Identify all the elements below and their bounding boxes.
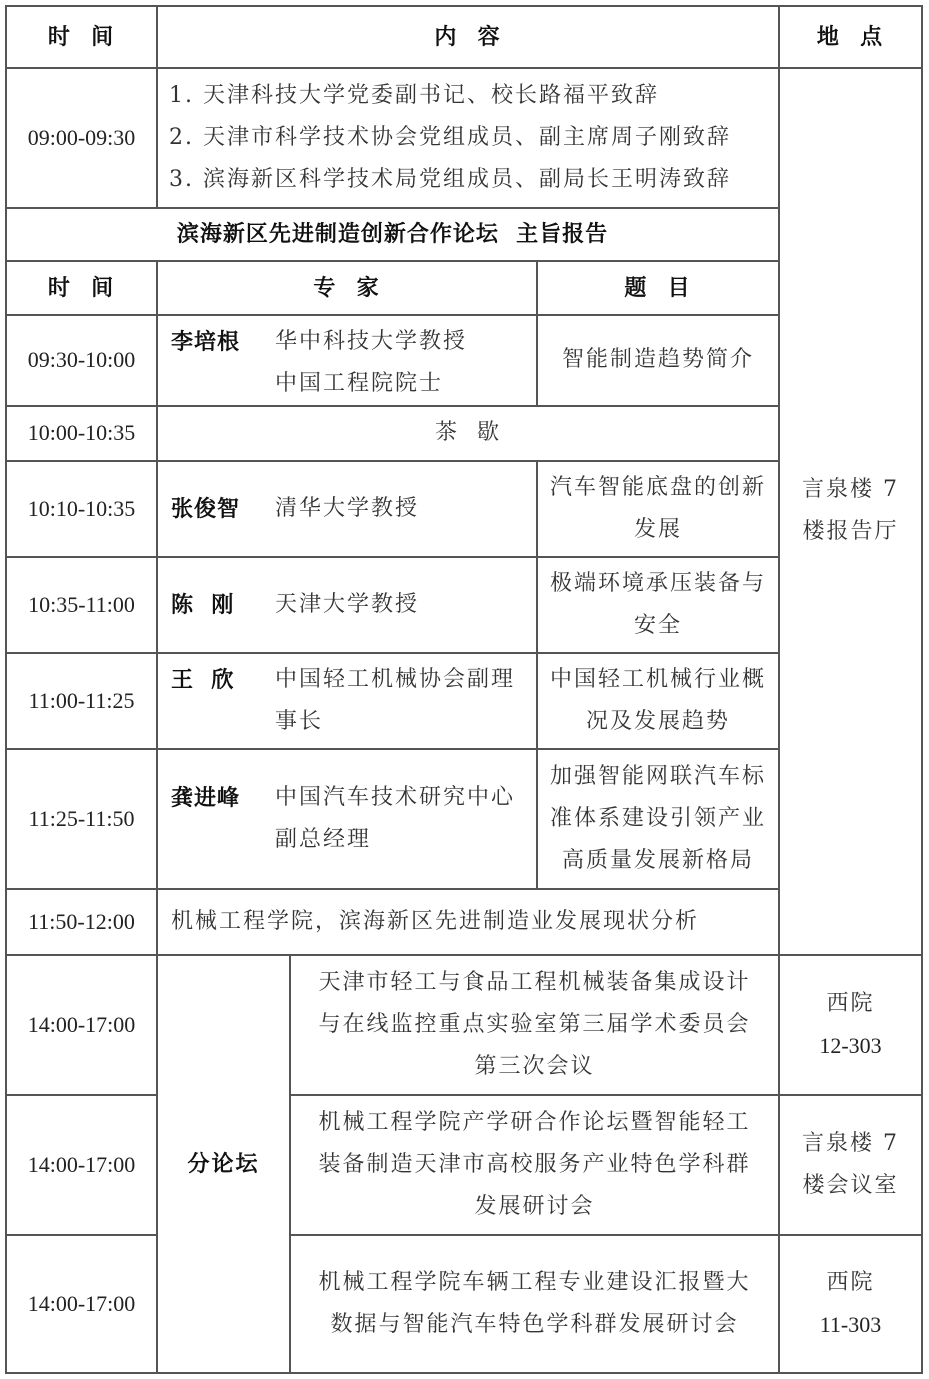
header-venue: 地 点 [779, 6, 922, 67]
expert-affiliation: 中国轻工机械协会副理事长 [275, 659, 515, 743]
opening-item: 1. 天津科技大学党委副书记、校长路福平致辞 [169, 75, 659, 117]
subforum-time: 14:00-17:00 [6, 1235, 157, 1372]
header-content: 内 容 [157, 6, 779, 67]
expert-name: 龚进峰 [171, 777, 275, 819]
expert-affiliation: 中国汽车技术研究中心副总经理 [275, 777, 515, 861]
row-time: 09:30-10:00 [6, 315, 157, 405]
opening-item: 2. 天津市科学技术协会党组成员、副主席周子刚致辞 [169, 117, 731, 159]
row-topic: 加强智能网联汽车标准体系建设引领产业高质量发展新格局 [537, 749, 779, 888]
keynote-col-expert: 专 家 [157, 261, 537, 314]
expert-name: 陈 刚 [171, 584, 275, 626]
opening-speeches: 1. 天津科技大学党委副书记、校长路福平致辞 2. 天津市科学技术协会党组成员、… [157, 68, 779, 207]
row-content: 机械工程学院，滨海新区先进制造业发展现状分析 [157, 889, 779, 954]
subforum-label: 分论坛 [157, 955, 290, 1373]
opening-item: 3. 滨海新区科学技术局党组成员、副局长王明涛致辞 [169, 159, 731, 201]
row-topic: 智能制造趋势简介 [537, 315, 779, 405]
expert-affiliation: 清华大学教授 [275, 488, 419, 530]
expert-name: 李培根 [171, 321, 275, 363]
opening-time: 09:00-09:30 [6, 68, 157, 207]
subforum-content: 机械工程学院产学研合作论坛暨智能轻工装备制造天津市高校服务产业特色学科群发展研讨… [290, 1095, 779, 1234]
subforum-venue: 言泉楼 7 楼会议室 [779, 1095, 922, 1234]
expert-name: 王 欣 [171, 659, 275, 701]
header-time: 时 间 [6, 6, 157, 67]
keynote-venue: 言泉楼 7 楼报告厅 [779, 68, 922, 954]
table-border-bottom [5, 1372, 923, 1374]
row-time: 10:35-11:00 [6, 557, 157, 652]
row-expert: 陈 刚 天津大学教授 [157, 557, 537, 652]
row-topic: 极端环境承压装备与安全 [537, 557, 779, 652]
subforum-venue: 西院 11-303 [779, 1235, 922, 1372]
keynote-col-time: 时 间 [6, 261, 157, 314]
expert-affiliation: 华中科技大学教授 中国工程院院士 [275, 321, 467, 405]
row-time: 10:00-10:35 [6, 406, 157, 460]
row-time: 10:10-10:35 [6, 461, 157, 556]
row-topic: 中国轻工机械行业概况及发展趋势 [537, 653, 779, 748]
row-topic: 汽车智能底盘的创新发展 [537, 461, 779, 556]
keynote-title: 滨海新区先进制造创新合作论坛 主旨报告 [6, 208, 779, 260]
row-time: 11:25-11:50 [6, 749, 157, 888]
tea-break: 茶 歇 [157, 406, 779, 460]
subforum-venue: 西院 12-303 [779, 955, 922, 1094]
subforum-time: 14:00-17:00 [6, 1095, 157, 1234]
subforum-content: 机械工程学院车辆工程专业建设汇报暨大数据与智能汽车特色学科群发展研讨会 [290, 1235, 779, 1372]
expert-name: 张俊智 [171, 488, 275, 530]
keynote-col-topic: 题 目 [537, 261, 779, 314]
row-expert: 张俊智 清华大学教授 [157, 461, 537, 556]
row-expert: 李培根 华中科技大学教授 中国工程院院士 [157, 315, 537, 405]
row-expert: 龚进峰 中国汽车技术研究中心副总经理 [157, 749, 537, 888]
row-expert: 王 欣 中国轻工机械协会副理事长 [157, 653, 537, 748]
subforum-time: 14:00-17:00 [6, 955, 157, 1094]
subforum-content: 天津市轻工与食品工程机械装备集成设计与在线监控重点实验室第三届学术委员会第三次会… [290, 955, 779, 1094]
row-time: 11:00-11:25 [6, 653, 157, 748]
row-time: 11:50-12:00 [6, 889, 157, 954]
expert-affiliation: 天津大学教授 [275, 584, 419, 626]
